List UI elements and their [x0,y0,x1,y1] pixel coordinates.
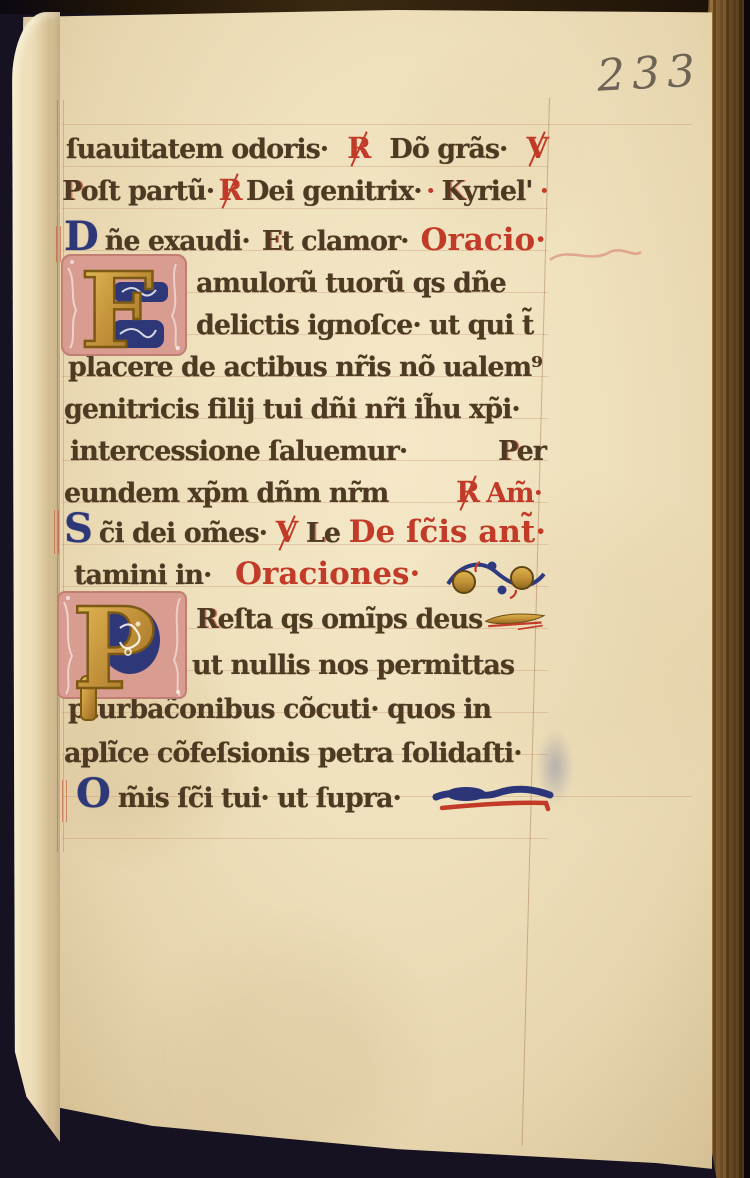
margin-ruling-left [57,100,58,852]
latin-text: Reſta qs omĩps deus [196,600,482,640]
latin-text: delictis ignoſce· ut qui t̃ [196,306,533,346]
red-margin-squiggle [548,244,644,268]
gold-line-filler [482,600,548,640]
responsory-symbol: R [347,128,370,168]
latin-text: Dei genitrix· [246,172,422,212]
latin-text: ut nullis nos permittas [192,646,514,686]
rubric-de-sanctis: De ſc̃is ant̃· [349,512,546,552]
latin-text: Dõ grãs· [389,130,507,170]
text-line: O m̃is ſc̃i tui· ut ſupra· [76,778,554,819]
latin-text: intercessione ſaluemur· [70,432,407,472]
text-line: intercessione ſaluemur· Per [70,432,546,472]
latin-text: aplĩce cõfeſsionis petra ſolidaſti· [64,734,522,774]
latin-text: Poſt partũ· [62,172,214,212]
text-line: genitricis filij tui dñi nr̃i ih̃u xp̃i· [64,390,520,430]
rubric-oraciones: Oraciones· [235,554,420,594]
latin-text: Per [498,432,546,472]
text-line: S c̃i dei om̃es· V Le De ſc̃is ant̃· [64,512,546,554]
latin-text: Le [306,514,340,554]
red-dot: · [540,172,548,212]
text-line: Poſt partũ· R Dei genitrix· · Kyriel' · [62,170,548,212]
latin-text: Kyriel' [441,172,532,212]
blue-margin-smudge [536,728,574,806]
ruling-line [62,124,692,125]
svg-text:F: F [80,250,154,360]
illuminated-initial-F: F [60,250,190,360]
text-line: amulorũ tuorũ qs dñe [196,264,506,304]
rubric-amen: Am̃· [486,474,542,514]
latin-text: ſuauitatem odoris· [66,130,328,170]
responsory-symbol: R [456,472,479,512]
latin-text: c̃i dei om̃es· [99,514,267,554]
penwork-initial-S: S [64,513,92,545]
text-line: eundem xp̃m dñm nr̃m R Am̃· [64,472,542,514]
latin-text: Et clamor· [262,222,409,262]
latin-text: m̃is ſc̃i tui· ut ſupra· [118,779,401,819]
ruling-line [62,838,548,839]
text-line: aplĩce cõfeſsionis petra ſolidaſti· [64,734,522,774]
latin-text-group: S c̃i dei om̃es· [64,513,267,554]
red-filigree [54,510,60,554]
responsory-symbol: R [219,170,242,210]
text-line: Reſta qs omĩps deus [196,600,548,640]
rubric-oracio: Oracio· [420,220,546,260]
latin-text: eundem xp̃m dñm nr̃m [64,474,388,514]
latin-text-group: · Kyriel' · [426,172,548,212]
penwork-initial-D: D [64,221,98,253]
folio-number: 233 [596,45,704,101]
text-line: delictis ignoſce· ut qui t̃ [196,306,533,346]
red-filigree [62,780,68,822]
manuscript-photo: 233 ſuauitatem odoris· R Dõ grãs· V Poſt… [0,0,750,1178]
photo-right-border [744,0,750,1178]
penwork-flourish [444,554,548,600]
latin-text: amulorũ tuorũ qs dñe [196,264,506,304]
text-line: ſuauitatem odoris· R Dõ grãs· V [66,128,548,170]
illuminated-initial-P: P [54,588,194,724]
red-dot: · [426,172,434,212]
versicle-symbol: V [526,128,548,168]
latin-text-group: R Am̃· [456,472,542,514]
latin-text: genitricis filij tui dñi nr̃i ih̃u xp̃i· [64,390,520,430]
versicle-symbol: V [276,512,298,552]
penwork-initial-O: O [76,778,110,810]
text-line: ut nullis nos permittas [192,646,514,686]
svg-text:P: P [72,588,156,715]
